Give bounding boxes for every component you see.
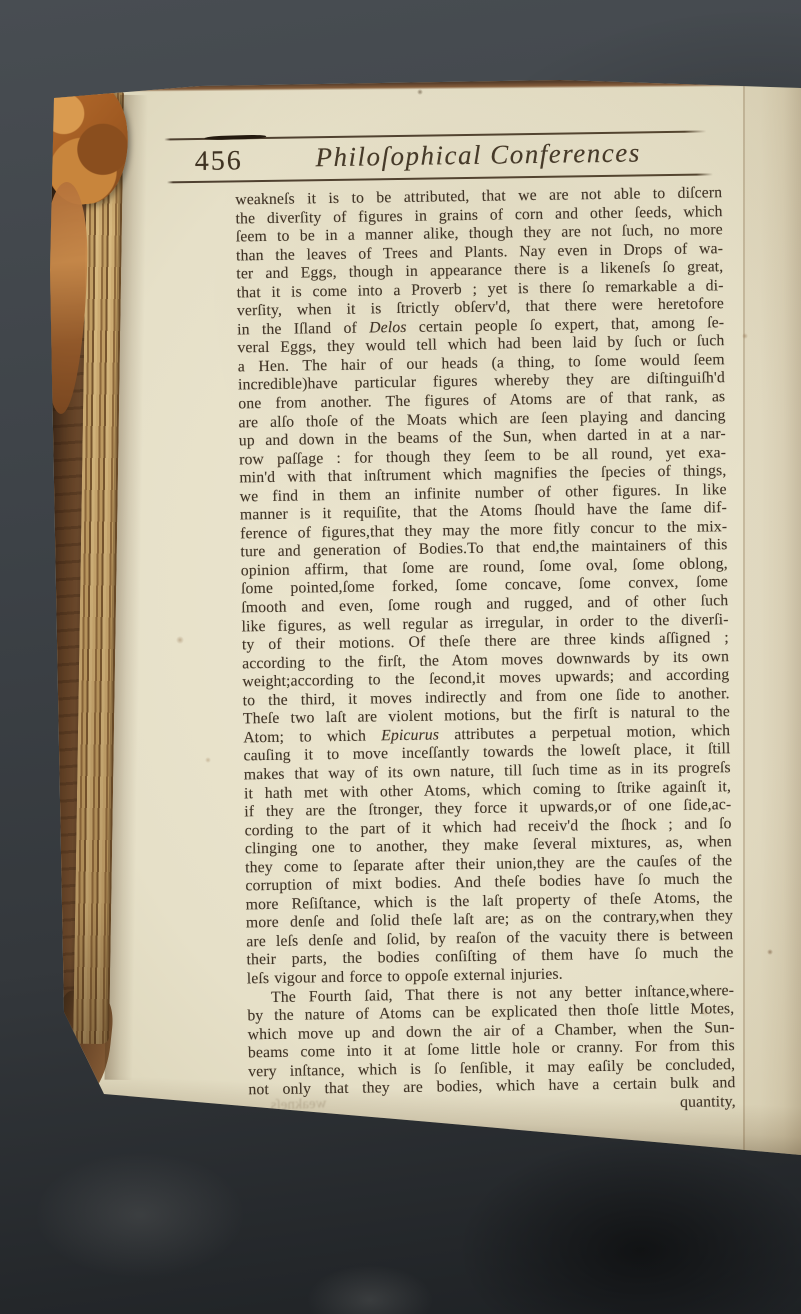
body-text: weakneſs it is to be attributed, that we… bbox=[235, 184, 736, 1118]
running-title: Philoſophical Conferences bbox=[234, 136, 721, 174]
show-through-text: weakneſs bbox=[270, 1096, 326, 1115]
header-rule-bottom bbox=[167, 173, 713, 183]
page-content: 456 Philoſophical Conferences weakneſs i… bbox=[164, 116, 744, 1144]
photo-backdrop: 456 Philoſophical Conferences weakneſs i… bbox=[0, 0, 801, 1314]
book-page-photo: 456 Philoſophical Conferences weakneſs i… bbox=[0, 0, 801, 1314]
